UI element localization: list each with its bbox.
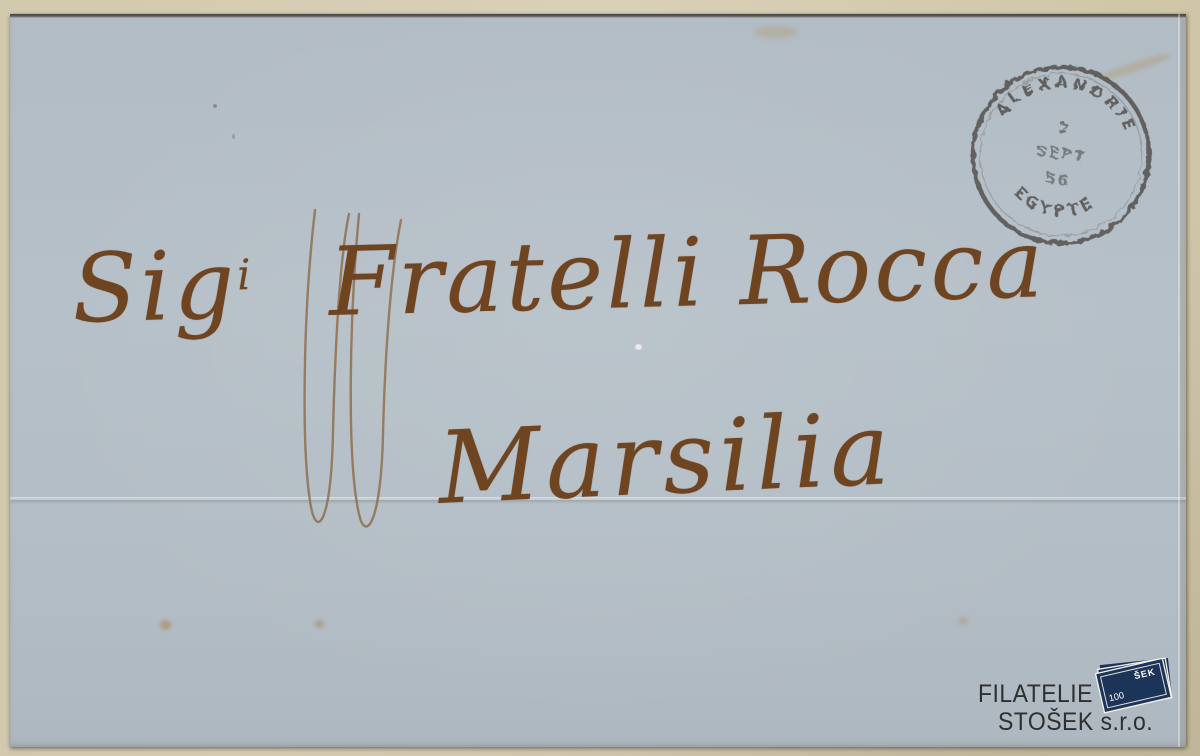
letter-top-edge-shadow — [10, 14, 1186, 18]
paper-fleck — [635, 344, 642, 350]
foxing-stain — [160, 620, 171, 630]
postmark-year: 56 — [1044, 169, 1071, 190]
address-line-recipient: SigiFratelli Rocca — [71, 209, 1048, 344]
ink-speck — [232, 134, 235, 139]
address-salutation: Sig — [71, 230, 239, 344]
product-photo-backdrop: ALEXANDRIE EGYPTE 2 SEPT 56 SigiFratelli… — [0, 0, 1200, 756]
address-salutation-superscript: i — [236, 250, 251, 299]
foxing-stain — [315, 620, 324, 628]
dealer-name-line1: FILATELIE — [978, 680, 1093, 709]
tan-smudge — [755, 26, 797, 38]
ink-speck — [213, 104, 217, 108]
foxing-stain — [958, 617, 968, 625]
folded-letter-sheet: ALEXANDRIE EGYPTE 2 SEPT 56 SigiFratelli… — [10, 14, 1186, 747]
postmark-day: 2 — [1057, 118, 1072, 138]
fold-discoloration — [1180, 244, 1186, 474]
address-line-destination: Marsilia — [436, 390, 897, 527]
postmark-month: SEPT — [1035, 142, 1087, 167]
address-recipient-name: Fratelli Rocca — [327, 209, 1047, 338]
sek-banknote-icon: ŠEK 100 — [1088, 652, 1180, 724]
dealer-watermark: FILATELIE STOŠEK s.r.o. ŠEK 100 — [960, 650, 1176, 730]
